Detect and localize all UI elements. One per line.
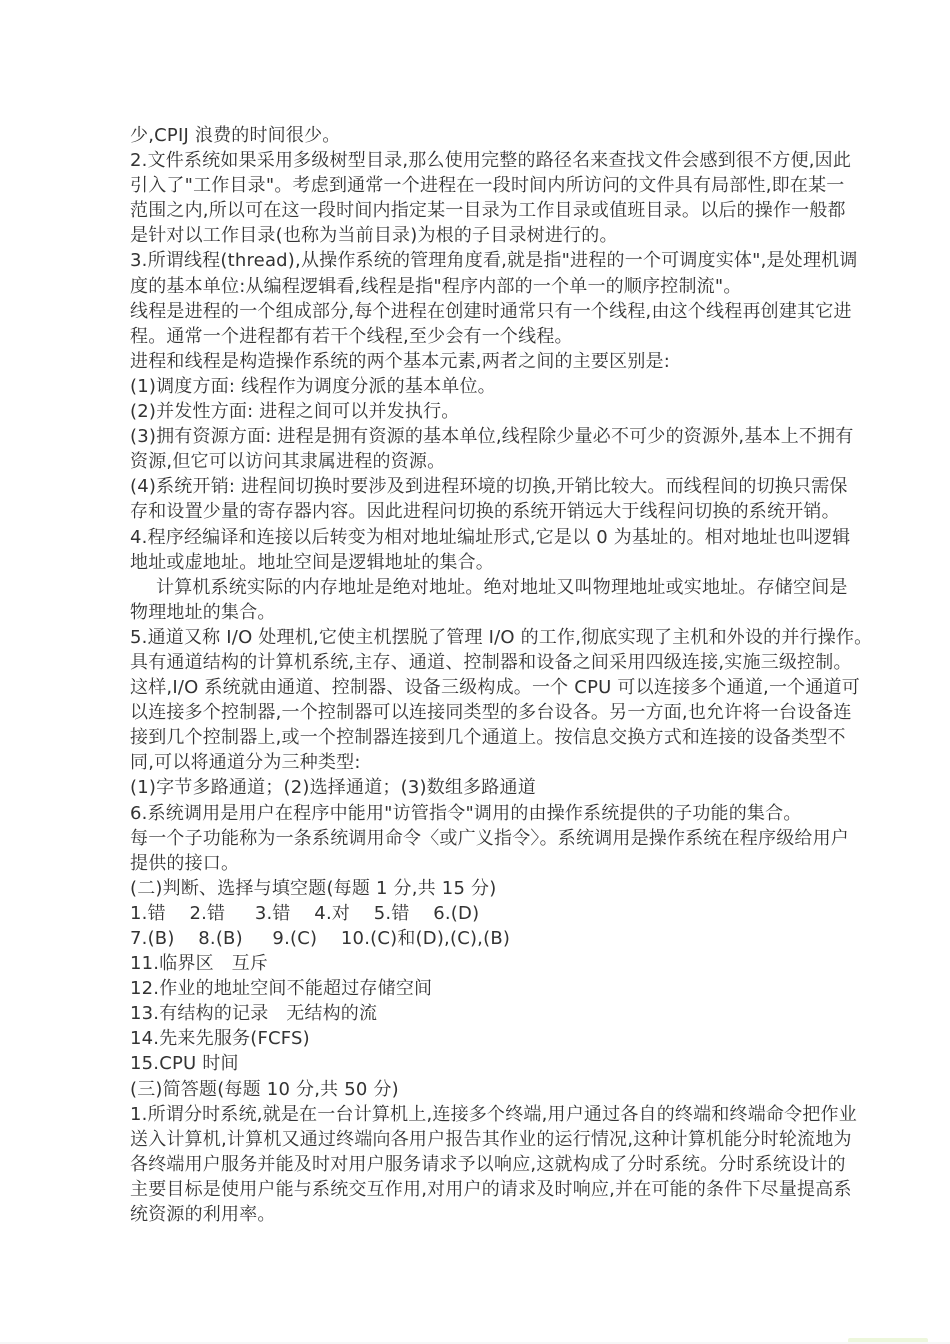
text-line: (二)判断、选择与填空题(每题 1 分,共 15 分) [130,876,830,901]
text-line: 主要目标是使用户能与系统交互作用,对用户的请求及时响应,并在可能的条件下尽量提高… [130,1177,830,1202]
text-line: 范围之内,所以可在这一段时间内指定某一目录为工作目录或值班目录。以后的操作一般都 [130,198,830,223]
text-line: 存和设置少量的寄存器内容。因此进程问切换的系统开销远大于线程问切换的系统开销。 [130,499,830,524]
document-page: 少,CPIJ 浪费的时间很少。2.文件系统如果采用多级树型目录,那么使用完整的路… [0,0,950,1344]
text-line: 5.通道又称 I/O 处理机,它使主机摆脱了管理 I/O 的工作,彻底实现了主机… [130,625,830,650]
text-line: 资源,但它可以访问其隶属进程的资源。 [130,449,830,474]
text-line: 3.所谓线程(thread),从操作系统的管理角度看,就是指"进程的一个可调度实… [130,248,830,273]
text-line: 以连接多个控制器,一个控制器可以连接同类型的多台设各。另一方面,也允许将一台设备… [130,700,830,725]
text-line: 14.先来先服务(FCFS) [130,1026,830,1051]
text-line: 计算机系统实际的内存地址是绝对地址。绝对地址又叫物理地址或实地址。存储空间是 [130,575,830,600]
text-line: 进程和线程是构造操作系统的两个基本元素,两者之间的主要区别是: [130,349,830,374]
text-line: 同,可以将通道分为三种类型: [130,750,830,775]
text-line: 度的基本单位:从编程逻辑看,线程是指"程序内部的一个单一的顺序控制流"。 [130,274,830,299]
text-line: 物理地址的集合。 [130,600,830,625]
text-line: 1.错 2.错 3.错 4.对 5.错 6.(D) [130,901,830,926]
text-line: 1.所谓分时系统,就是在一台计算机上,连接多个终端,用户通过各自的终端和终端命令… [130,1102,830,1127]
text-line: 6.系统调用是用户在程序中能用"访管指令"调用的由操作系统提供的子功能的集合。 [130,801,830,826]
text-line: (4)系统开销: 进程间切换时要涉及到进程环境的切换,开销比较大。而线程间的切换… [130,474,830,499]
text-line: (2)并发性方面: 进程之间可以并发执行。 [130,399,830,424]
text-line: 线程是进程的一个组成部分,每个进程在创建时通常只有一个线程,由这个线程再创建其它… [130,299,830,324]
text-line: 地址或虚地址。地址空间是逻辑地址的集合。 [130,550,830,575]
text-line: (三)简答题(每题 10 分,共 50 分) [130,1077,830,1102]
text-line: 接到几个控制器上,或一个控制器连接到几个通道上。按信息交换方式和连接的设备类型不 [130,725,830,750]
text-line: 是针对以工作目录(也称为当前目录)为根的子目录树进行的。 [130,223,830,248]
text-line: (1)调度方面: 线程作为调度分派的基本单位。 [130,374,830,399]
text-line: 2.文件系统如果采用多级树型目录,那么使用完整的路径名来查找文件会感到很不方便,… [130,148,830,173]
text-line: 少,CPIJ 浪费的时间很少。 [130,123,830,148]
text-line: 4.程序经编译和连接以后转变为相对地址编址形式,它是以 0 为基址的。相对地址也… [130,525,830,550]
text-line: 13.有结构的记录 无结构的流 [130,1001,830,1026]
text-line: 送入计算机,计算机又通过终端向各用户报告其作业的运行情况,这种计算机能分时轮流地… [130,1127,830,1152]
text-line: 15.CPU 时间 [130,1051,830,1076]
text-line: 11.临界区 互斥 [130,951,830,976]
text-line: 程。通常一个进程都有若干个线程,至少会有一个线程。 [130,324,830,349]
text-line: 引入了"工作目录"。考虑到通常一个进程在一段时间内所访问的文件具有局部性,即在某… [130,173,830,198]
text-line: 12.作业的地址空间不能超过存储空间 [130,976,830,1001]
text-line: 7.(B) 8.(B) 9.(C) 10.(C)和(D),(C),(B) [130,926,830,951]
text-line: 每一个子功能称为一条系统调用命令〈或广义指令〉。系统调用是操作系统在程序级给用户 [130,826,830,851]
text-line: 具有通道结构的计算机系统,主存、通道、控制器和设备之间采用四级连接,实施三级控制… [130,650,830,675]
text-line: 这样,I/O 系统就由通道、控制器、设备三级构成。一个 CPU 可以连接多个通道… [130,675,830,700]
answer-sheet-text: 少,CPIJ 浪费的时间很少。2.文件系统如果采用多级树型目录,那么使用完整的路… [130,123,830,1227]
text-line: 各终端用户服务并能及时对用户服务请求予以响应,这就构成了分时系统。分时系统设计的 [130,1152,830,1177]
text-line: (1)字节多路通道；(2)选择通道；(3)数组多路通道 [130,775,830,800]
text-line: 统资源的利用率。 [130,1202,830,1227]
text-line: (3)拥有资源方面: 进程是拥有资源的基本单位,线程除少量必不可少的资源外,基本… [130,424,830,449]
text-line: 提供的接口。 [130,851,830,876]
